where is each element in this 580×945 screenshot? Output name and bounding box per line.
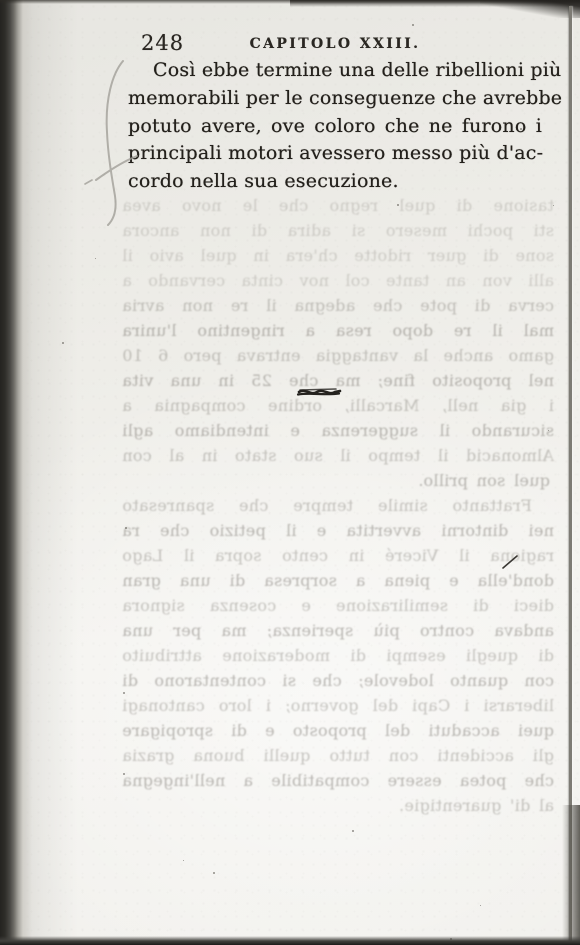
ghost-line: alli von an tante col nov cinta cervando… — [122, 268, 554, 293]
paragraph-line: potuto avere, ove coloro che ne furono i — [128, 113, 542, 141]
dust-speck — [183, 860, 184, 861]
dust-speck — [412, 24, 414, 26]
dust-speck — [310, 68, 311, 69]
body-paragraph: Così ebbe termine una delle ribellioni p… — [128, 57, 542, 196]
ghost-line: ragiona il Viceré in cento sopra il Lago — [122, 543, 554, 568]
ghost-line: sicurando il suggerenza e intendiamo agl… — [122, 418, 554, 443]
ghost-line: dond'ella e piena a sorpresa di una gran — [122, 568, 554, 593]
ghost-line: al di' guarentigie. — [354, 793, 554, 818]
running-title: CAPITOLO XXIII. — [128, 36, 542, 52]
ghost-line: tasione di quel regno che le novo avea — [122, 193, 554, 218]
ghost-line: gli accidenti con tutto quelli buona gra… — [122, 743, 554, 768]
ghost-line: mal il re dopo resa a ringentino l'unira — [122, 318, 554, 343]
binding-gutter-shadow — [0, 0, 32, 945]
show-through-text: tasione di quel regno che le novo aveast… — [122, 193, 554, 818]
page-corner-top-right — [480, 0, 580, 18]
ghost-line: quei accaduti del proposto e di spropiga… — [122, 718, 554, 743]
dust-speck — [397, 204, 399, 206]
ghost-line: nel proposito fine; ma che 25 in una vit… — [122, 368, 554, 393]
dust-speck — [548, 430, 549, 431]
dust-speck — [520, 128, 522, 130]
ghost-line: cerva di pote che adegna il re non avria — [122, 293, 554, 318]
dust-speck — [95, 258, 96, 259]
page-edge-bottom — [0, 936, 580, 945]
dust-speck — [352, 830, 354, 832]
ghost-line: i gia nell, Marcalli, ordine compagnia a — [122, 393, 554, 418]
ghost-line: sone di guer ridotte ch'era in quel avio… — [122, 243, 554, 268]
dust-speck — [480, 905, 481, 906]
ghost-line: di quegli esempi di moderazione attribui… — [122, 643, 554, 668]
ghost-line: Frattanto simile tempre che spanresato — [122, 493, 554, 518]
ghost-line: con quanto lodevole; che si contentarono… — [122, 668, 554, 693]
ghost-line: quel son prillo. — [250, 468, 554, 493]
dust-speck — [125, 527, 127, 529]
ghost-line: dieci di semilirazione e cosenza signora — [122, 593, 554, 618]
page-corner-bottom-right — [562, 805, 580, 945]
ghost-line: Almonacid il tempo il suo stato in al co… — [122, 443, 554, 468]
book-page-scan: tasione di quel regno che le novo aveast… — [0, 0, 580, 945]
ghost-line: sti pochi mesero si adira di non ancora — [122, 218, 554, 243]
paragraph-line: memorabili per le conseguenze che avrebb… — [128, 85, 542, 113]
ghost-line: gamo anche la vantaggia entrava pero 6 1… — [122, 343, 554, 368]
paragraph-line: cordo nella sua esecuzione. — [128, 168, 542, 196]
dust-speck — [553, 205, 554, 206]
ghost-line: nei dintorni avvertita e il petizio che … — [122, 518, 554, 543]
dust-speck — [213, 872, 215, 874]
ghost-line: liberarsi i Capi del governo; i loro can… — [122, 693, 554, 718]
dust-speck — [123, 692, 125, 694]
dust-speck — [123, 773, 125, 775]
ghost-line: che potea essere compatibile a nell'inge… — [122, 768, 554, 793]
paragraph-line: Così ebbe termine una delle ribellioni p… — [128, 57, 542, 85]
ghost-line: andava contro più sperienza; ma per una — [122, 618, 554, 643]
paragraph-line: principali motori avessero messo più d'a… — [128, 140, 542, 168]
